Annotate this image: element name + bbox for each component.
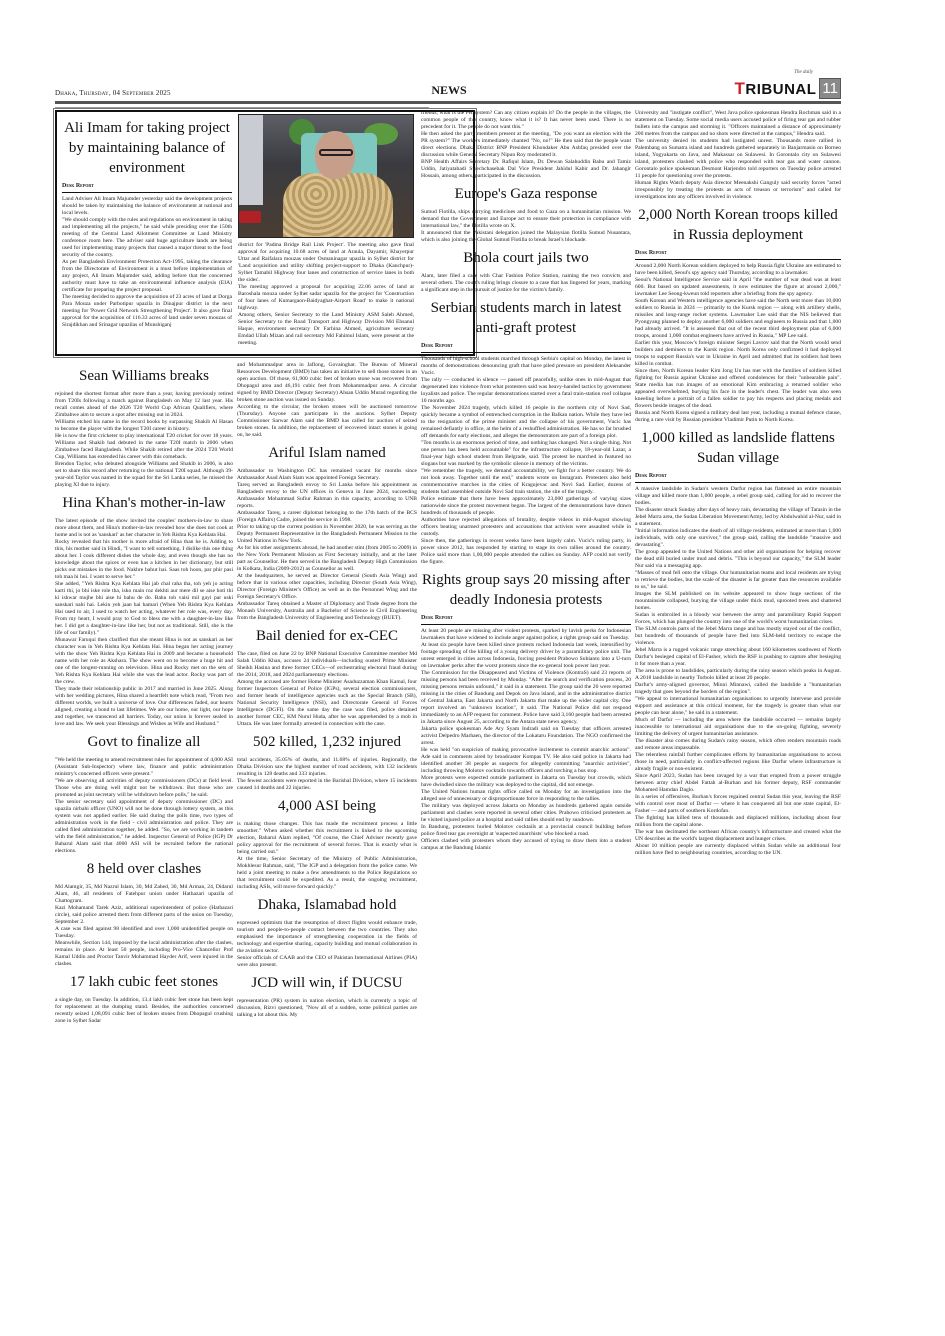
masthead: Dhaka, Thursday, 04 September 2025 NEWS … (55, 80, 841, 104)
article-photo (238, 114, 414, 238)
paragraph: Sumud Flotilla, ships carrying medicines… (421, 209, 631, 230)
paragraph: district for 'Padma Bridge Rail Link Pro… (238, 242, 414, 284)
paragraph: Thousands of high-school students marche… (421, 356, 631, 377)
paragraph: The Commission for the Disappeared and V… (421, 670, 631, 726)
paragraph: The relentless rainfall further complica… (635, 752, 841, 773)
paragraph: Officers clashed with protesters whom th… (421, 838, 631, 852)
paragraph: Md Alamgir, 35, Md Nazrul Islam, 30, Md … (55, 884, 233, 905)
headline: 1,000 killed as landslide flattens Sudan… (635, 428, 841, 468)
headline: Bail denied for ex-CEC (237, 626, 417, 646)
paragraph: According to the circular, the broken st… (237, 404, 417, 439)
divider (55, 107, 429, 108)
paragraph: He was held "on suspicion of making prov… (421, 747, 631, 775)
paragraph: As for his other assignments abroad, he … (237, 545, 417, 573)
paragraph: South Korean and Western intelligence ag… (635, 298, 841, 340)
newspaper-page: Dhaka, Thursday, 04 September 2025 NEWS … (55, 80, 841, 104)
paragraph: Land Adviser Ali Imam Majumder yesterday… (62, 196, 232, 217)
paragraph: total accidents, 35.05% of deaths, and 1… (237, 757, 417, 778)
headline: Ali Imam for taking project by maintaini… (62, 118, 232, 178)
paragraph: Russia and North Korea signed a military… (635, 410, 841, 424)
paragraph: It announced that the Pakistani delegati… (421, 230, 631, 244)
headline: Europe's Gaza response (421, 184, 631, 204)
headline: Bhola court jails two (421, 248, 631, 268)
paragraph: Williams etched his name in the record b… (55, 419, 233, 433)
byline: Desk Report (635, 250, 841, 260)
paragraph: The fighting has killed tens of thousand… (635, 815, 841, 829)
paragraph: Alam, later filed a case with Char Fashi… (421, 273, 631, 294)
paragraph: "Ten months is an enormous period of tim… (421, 440, 631, 468)
article-ali-imam: Ali Imam for taking project by maintaini… (62, 114, 232, 329)
paragraph: representation (PR) system in nation ele… (237, 998, 417, 1019)
byline: Desk Report (421, 615, 631, 625)
paragraph: Seoul's National Intelligence Service sa… (635, 277, 841, 298)
paragraph: Prior to taking up the current position … (237, 524, 417, 545)
paragraph: University and "instigate conflict", Wes… (635, 110, 841, 138)
paragraph: "We appeal to international humanitarian… (635, 696, 841, 717)
paragraph: "We should comply with the rules and reg… (62, 217, 232, 259)
headline: Sean Williams breaks (55, 366, 233, 386)
paragraph: Tareq served as Bangladesh envoy to Sri … (237, 482, 417, 510)
headline: Hina Khan's mother-in-law (55, 493, 233, 513)
paragraph: She added, "Yeh Rishta Kya Kehlata Hai j… (55, 581, 233, 637)
paragraph: The war has decimated the northeast Afri… (635, 829, 841, 843)
headline: Ariful Islam named (237, 443, 417, 463)
paragraph: Jakarta police spokesman Ade Ary Syam In… (421, 726, 631, 747)
paragraph: The latest episode of the show invited t… (55, 518, 233, 539)
paragraph: Munawar Faruqui then clarified that she … (55, 637, 233, 686)
paragraph: Ambassador to Washington DC has remained… (237, 468, 417, 482)
headline: Dhaka, Islamabad hold (237, 895, 417, 915)
headline: JCD will win, if DUCSU (237, 973, 417, 993)
headline: 17 lakh cubic feet stones (55, 972, 233, 992)
paragraph: Human Rights Watch deputy Asia director … (635, 180, 841, 201)
byline: Desk Report (635, 473, 841, 483)
paragraph: Around 2,000 North Korean soldiers deplo… (635, 263, 841, 277)
paragraph: The disaster also comes during Sudan's r… (635, 738, 841, 752)
paragraph: Much of Darfur — including the area wher… (635, 717, 841, 738)
paragraph: Kazi Mohamand Tarek Aziz, additional sup… (55, 905, 233, 926)
paragraph: Ambassador Tareq, a career diplomat belo… (237, 510, 417, 524)
paragraph: The rally — conducted in silence — passe… (421, 377, 631, 405)
lead-article-box: Ali Imam for taking project by maintaini… (55, 110, 475, 356)
byline: Desk Report (62, 183, 232, 193)
column-1: Sean Williams breaks rejoined the shorte… (55, 362, 233, 1025)
paragraph: "Initial information indicates the death… (635, 528, 841, 549)
paragraph: Images the SLM published on its website … (635, 591, 841, 612)
paragraph: The United Nations human rights office c… (421, 789, 631, 803)
paragraph: rejoined the shortest format after more … (55, 391, 233, 419)
column-2: and Mohammadpur area in Jaflong, Govaing… (237, 362, 417, 1019)
paragraph: They made their relationship public in 2… (55, 686, 233, 728)
paragraph: At the time, Senior Secretary of the Min… (237, 856, 417, 891)
column-4: University and "instigate conflict", Wes… (635, 110, 841, 857)
page-number: 11 (819, 78, 841, 99)
paragraph: The fewest accidents were reported in th… (237, 778, 417, 792)
paragraph: Darfur's army-aligned governor, Minni Mi… (635, 682, 841, 696)
headline: Rights group says 20 missing after deadl… (421, 570, 631, 610)
paragraph: friends, what is the PR system? Can any … (421, 110, 631, 131)
paragraph: a single day, on Tuesday. In addition, 1… (55, 997, 233, 1025)
article-ali-imam-continued: district for 'Padma Bridge Rail Link Pro… (238, 242, 414, 347)
headline: 502 killed, 1,232 injured (237, 732, 417, 752)
paragraph: Among the accused are former Home Minist… (237, 679, 417, 728)
paragraph: The meeting decided to approve the acqui… (62, 294, 232, 329)
paragraph: The meeting approved a proposal for acqu… (238, 284, 414, 312)
paragraph: Sudan is embroiled in a bloody war betwe… (635, 612, 841, 626)
paragraph: More protests were expected outside parl… (421, 775, 631, 789)
paragraph: He is now the first cricketer to play in… (55, 433, 233, 461)
paragraph: expressed optimism that the resumption o… (237, 920, 417, 955)
paragraph: Ambassador Tareq obtained a Master of Di… (237, 601, 417, 622)
paragraph: Rocky revealed that his mother is more a… (55, 539, 233, 581)
headline: Serbian students march in latest anti-gr… (421, 298, 631, 338)
paragraph: At least 20 people are missing after vio… (421, 628, 631, 642)
paragraph: In Bandung, protesters hurled Molotov co… (421, 824, 631, 838)
paragraph: Police estimate that there have been app… (421, 496, 631, 517)
paragraph: The group appealed to the United Nations… (635, 549, 841, 570)
paragraph: The disaster struck Sunday after days of… (635, 507, 841, 528)
paragraph: Since then, North Korean leader Kim Jong… (635, 368, 841, 410)
paragraph: "We held the meeting to amend recruitmen… (55, 757, 233, 778)
paragraph: The military was deployed across Jakarta… (421, 803, 631, 824)
paragraph: A case was filed against 98 identified a… (55, 926, 233, 940)
paragraph: Since April 2023, Sudan has been ravaged… (635, 773, 841, 794)
paragraph: and Mohammadpur area in Jaflong, Govaing… (237, 362, 417, 404)
paragraph: Earlier this year, Moscow's foreign mini… (635, 340, 841, 368)
paragraph: is making those changes. This has made t… (237, 821, 417, 856)
paragraph: The area is prone to landslides, particu… (635, 668, 841, 682)
logo-tagline: The daily (794, 70, 813, 75)
headline: 4,000 ASI being (237, 796, 417, 816)
paragraph: A massive landslide in Sudan's western D… (635, 486, 841, 507)
byline: Desk Report (421, 343, 631, 353)
headline: 2,000 North Korean troops killed in Russ… (635, 205, 841, 245)
paragraph: About 10 million people are currently di… (635, 843, 841, 857)
dateline: Dhaka, Thursday, 04 September 2025 (55, 89, 171, 97)
paragraph: At least six people have been killed sin… (421, 642, 631, 670)
headline: 8 held over clashes (55, 859, 233, 879)
paragraph: Authorities have rejected allegations of… (421, 517, 631, 538)
paragraph: In a series of offensives, Burhan's forc… (635, 794, 841, 815)
paragraph: Meanwhile, Section 144, imposed by the l… (55, 940, 233, 968)
paragraph: "We are observing all activities of depu… (55, 778, 233, 799)
logo-wordmark: TRIBUNAL (735, 79, 817, 99)
paragraph: BNP Health Affairs Secretary Dr. Rafiqul… (421, 159, 631, 180)
paragraph: As per Bangladesh Environment Protection… (62, 259, 232, 294)
paragraph: The case, filed on June 22 by BNP Nation… (237, 651, 417, 679)
paragraph: He then asked the party members present … (421, 131, 631, 159)
paragraph: Since then, the gatherings in recent wee… (421, 538, 631, 566)
paragraph: Jebel Marra is a rugged volcanic range s… (635, 647, 841, 668)
column-3: friends, what is the PR system? Can any … (421, 110, 631, 852)
paragraph: Among others, Senior Secretary to the La… (238, 312, 414, 347)
paragraph: Senior officials of CAAB and the CEO of … (237, 955, 417, 969)
paragraph: The university denied its students had i… (635, 138, 841, 180)
headline: Govt to finalize all (55, 732, 233, 752)
paragraph: "We remember the tragedy, we demand acco… (421, 468, 631, 496)
paragraph: The November 2024 tragedy, which killed … (421, 405, 631, 440)
newspaper-logo: The daily TRIBUNAL 11 (735, 78, 841, 99)
paragraph: At the headquarters, he served as Direct… (237, 573, 417, 601)
paragraph: Brendon Taylor, who debuted alongside Wi… (55, 461, 233, 489)
paragraph: The senior secretary said appointment of… (55, 799, 233, 855)
paragraph: "Masses of mud fell onto the village. Ou… (635, 570, 841, 591)
paragraph: The SLM controls parts of the Jebel Marr… (635, 626, 841, 647)
section-title: NEWS (431, 83, 466, 98)
